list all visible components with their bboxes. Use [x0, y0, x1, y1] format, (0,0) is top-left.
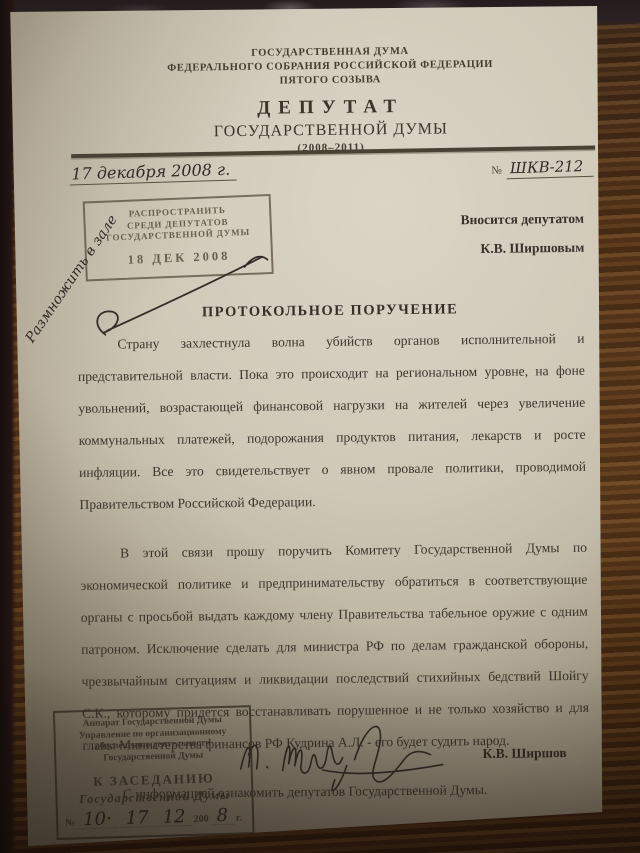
- paper-sheet: ГОСУДАРСТВЕННАЯ ДУМА ФЕДЕРАЛЬНОГО СОБРАН…: [0, 0, 640, 853]
- document-content: ГОСУДАРСТВЕННАЯ ДУМА ФЕДЕРАЛЬНОГО СОБРАН…: [0, 0, 640, 853]
- session-day-handwritten: 17: [120, 810, 155, 828]
- number-sign-label: №: [491, 164, 502, 176]
- letterhead-deputat: ДЕПУТАТ: [77, 94, 585, 122]
- date-number-row: 17 декабря 2008 г. № ШКВ-212: [69, 157, 593, 184]
- deputy-signature: [226, 704, 487, 807]
- session-year-digit-handwritten: 8: [210, 808, 234, 826]
- submitted-by-block: Вносится депутатом К.В. Ширшовым: [328, 211, 585, 259]
- session-year-prefix: 200: [193, 813, 208, 824]
- session-number-handwritten: 10·: [77, 811, 118, 829]
- session-registration-stamp: Аппарат Государственной Думы Управление …: [53, 705, 255, 840]
- session-stamp-number-row: № 10· 17 12 200 8 г.: [63, 807, 247, 829]
- document-number: № ШКВ-212: [491, 157, 594, 180]
- session-year-suffix: г.: [236, 812, 242, 823]
- handwritten-date: 17 декабря 2008 г.: [69, 160, 236, 186]
- paragraph-1: Страну захлестнула волна убийств органов…: [77, 323, 586, 521]
- letterhead: ГОСУДАРСТВЕННАЯ ДУМА ФЕДЕРАЛЬНОГО СОБРАН…: [76, 43, 585, 157]
- handwritten-number: ШКВ-212: [506, 157, 594, 180]
- signature-printed-name: К.В. Ширшов: [482, 745, 566, 762]
- submitted-by-line-2: К.В. Ширшовым: [328, 240, 584, 259]
- session-number-label: №: [65, 817, 75, 828]
- session-month-handwritten: 12: [156, 809, 191, 827]
- photo-of-document: ГОСУДАРСТВЕННАЯ ДУМА ФЕДЕРАЛЬНОГО СОБРАН…: [0, 0, 640, 853]
- submitted-by-line-1: Вносится депутатом: [328, 211, 584, 230]
